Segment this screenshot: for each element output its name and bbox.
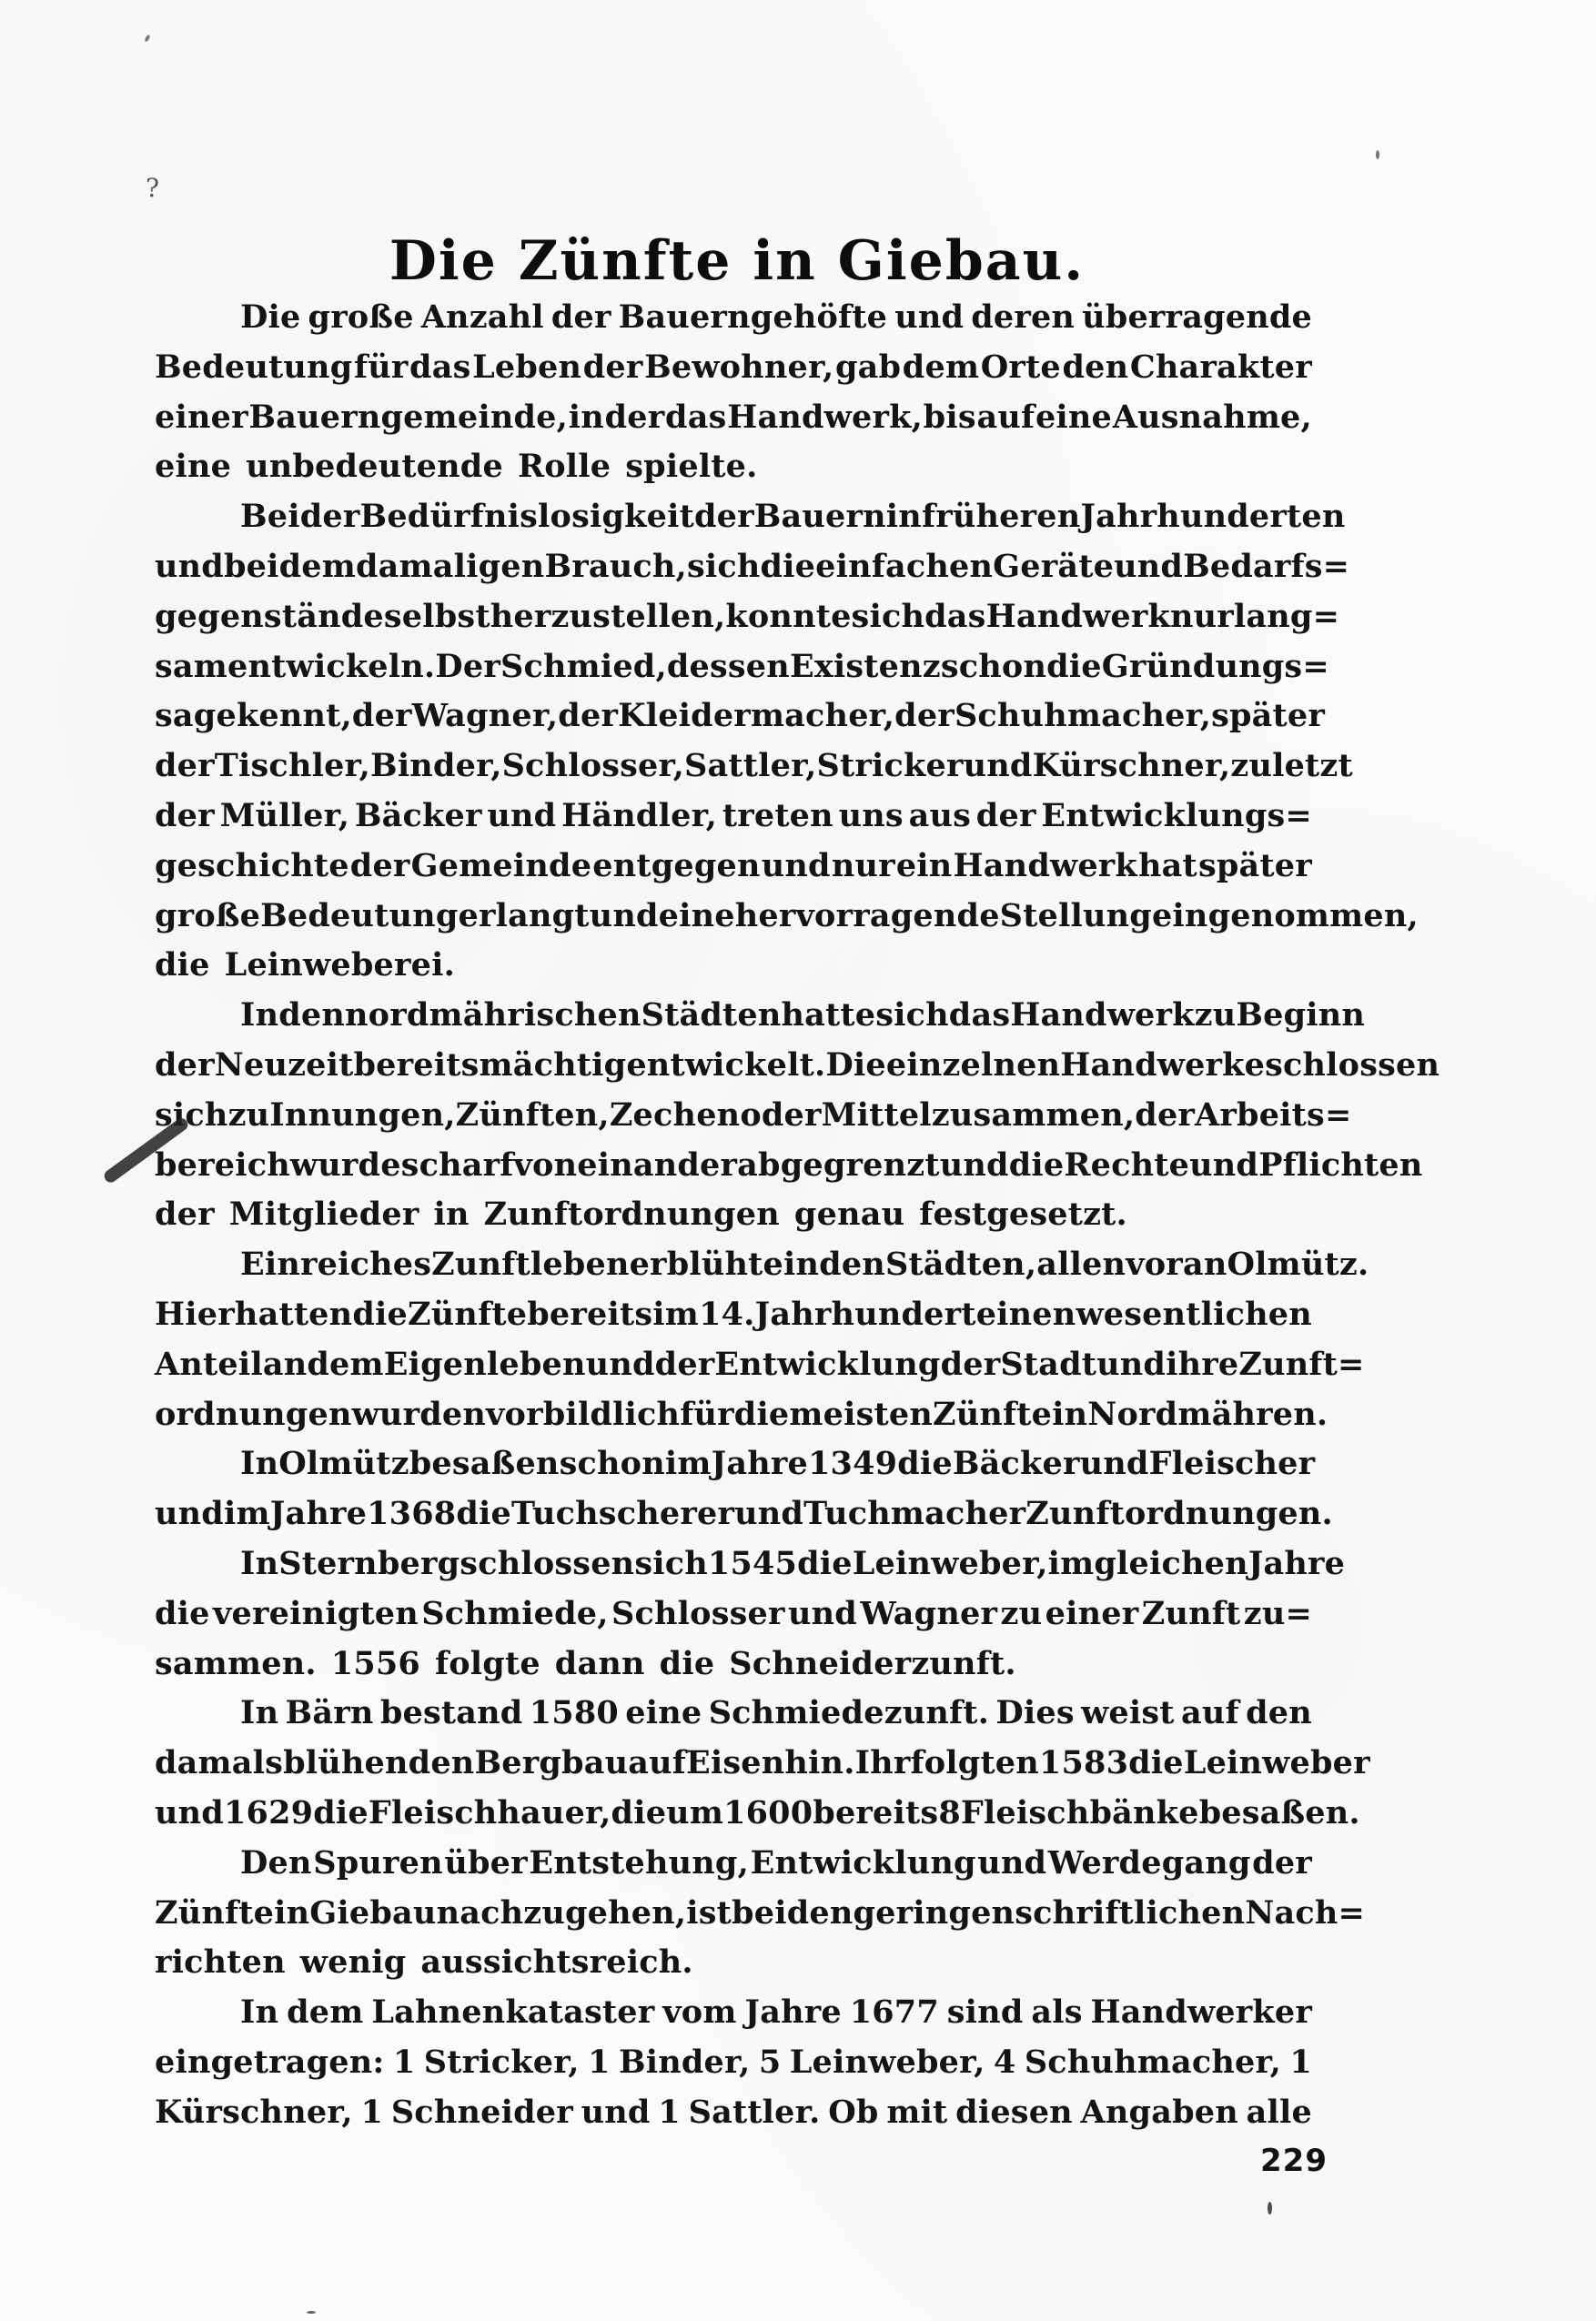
word: 1677 — [850, 1988, 939, 2038]
word: Gründungs= — [1102, 642, 1329, 692]
word: schon — [560, 1439, 665, 1489]
word: 1 — [361, 2088, 384, 2138]
word: den — [1246, 1689, 1312, 1739]
word: die — [1009, 1141, 1065, 1191]
word: Spuren — [313, 1839, 443, 1889]
word: Tuchscherer — [511, 1489, 734, 1539]
word: die — [1046, 642, 1102, 692]
word: Nach= — [1245, 1889, 1365, 1939]
text-line: damalsblühendenBergbauaufEisenhin.Ihrfol… — [155, 1739, 1312, 1789]
word: In — [240, 1539, 278, 1589]
page-number: 229 — [1260, 2143, 1328, 2179]
word: um — [666, 1789, 723, 1839]
scan-speck — [144, 35, 150, 43]
word: der — [976, 792, 1036, 842]
word: in — [1052, 1390, 1087, 1440]
word: überragende — [1082, 293, 1312, 343]
word: festgesetzt. — [919, 1190, 1127, 1240]
margin-question-mark: ? — [146, 173, 159, 203]
word: Bärn — [286, 1689, 374, 1739]
word: eingetragen: — [155, 2038, 385, 2088]
word: dem — [903, 343, 979, 393]
word: Bauerngehöfte — [619, 293, 888, 343]
word: Zünften, — [456, 1091, 610, 1141]
text-line: samentwickeln.DerSchmied,dessenExistenzs… — [155, 642, 1312, 692]
word: 14. — [699, 1290, 755, 1340]
word: Eigenleben — [384, 1340, 586, 1390]
text-line: ordnungenwurdenvorbildlichfürdiemeistenZ… — [155, 1390, 1312, 1440]
text-line: undimJahre1368dieTuchschererundTuchmache… — [155, 1489, 1312, 1539]
word: Entwicklungs= — [1041, 792, 1312, 842]
word: und — [788, 1589, 857, 1640]
word: Leinweberei. — [225, 941, 455, 991]
word: an — [263, 1340, 308, 1390]
word: und — [894, 293, 964, 343]
word: Zunftleben — [431, 1240, 629, 1290]
word: vorbildlich — [486, 1390, 680, 1440]
word: allen — [1036, 1240, 1126, 1290]
word: und — [964, 742, 1033, 792]
word: Beginn — [1236, 991, 1365, 1041]
word: Schlosser, — [502, 742, 684, 792]
word: sich — [875, 991, 949, 1041]
text-line: sagekennt,derWagner,derKleidermacher,der… — [155, 691, 1312, 742]
text-line: sammen.1556folgtedanndieSchneiderzunft. — [155, 1640, 1312, 1690]
word: Rolle — [518, 442, 611, 492]
word: Olmütz — [278, 1439, 409, 1489]
word: für — [354, 343, 409, 393]
word: erblühte — [630, 1240, 783, 1290]
word: Eisen — [686, 1739, 784, 1789]
word: Innungen, — [269, 1091, 455, 1141]
word: Zunft — [1142, 1589, 1241, 1640]
word: Bewohner, — [644, 343, 833, 393]
word: schlossen — [460, 1539, 634, 1589]
word: im — [652, 1290, 699, 1340]
word: Wagner — [860, 1589, 997, 1640]
word: gab — [835, 343, 901, 393]
word: einzelnen — [886, 1041, 1060, 1091]
word: Leben — [472, 343, 581, 393]
word: ihre — [1166, 1340, 1238, 1390]
word: wurden — [352, 1390, 486, 1440]
word: Angaben — [1081, 2088, 1238, 2138]
scan-speck — [307, 2311, 316, 2314]
word: im — [665, 1439, 712, 1489]
word: Schmied, — [500, 642, 667, 692]
text-line: BedeutungfürdasLebenderBewohner,gabdemOr… — [155, 343, 1312, 393]
word: Leinweber, — [790, 2038, 985, 2088]
word: Schneider — [391, 2088, 573, 2138]
word: und — [155, 1789, 224, 1839]
word: oder — [740, 1091, 821, 1141]
word: sage — [155, 691, 237, 742]
word: in — [274, 1889, 309, 1939]
word: Ihr — [855, 1739, 911, 1789]
word: 1556 — [331, 1640, 420, 1690]
word: und — [734, 1489, 803, 1539]
word: Zechen — [610, 1091, 741, 1141]
word: 1629 — [224, 1789, 313, 1839]
word: Pflichten — [1258, 1141, 1422, 1191]
page-title: Die Zünfte in Giebau. — [0, 229, 1474, 293]
word: Stricker — [817, 742, 964, 792]
word: besaßen. — [1199, 1789, 1360, 1839]
word: Neuzeit — [215, 1041, 354, 1091]
word: der — [894, 691, 955, 742]
word: der — [350, 842, 410, 892]
word: scharf — [401, 1141, 514, 1191]
word: herzustellen, — [490, 592, 726, 642]
word: dem — [287, 1988, 363, 2038]
word: 1600 — [723, 1789, 813, 1839]
word: Händler, — [561, 792, 717, 842]
word: der — [941, 1340, 1001, 1390]
word: Orte — [981, 343, 1061, 393]
word: dessen — [667, 642, 790, 692]
word: dann — [555, 1640, 645, 1690]
word: Schmiedezunft. — [709, 1689, 989, 1739]
word: treten — [722, 792, 833, 842]
word: Anteil — [155, 1340, 263, 1390]
word: der — [155, 1041, 215, 1091]
word: dem — [279, 542, 356, 592]
text-line: InBärnbestand1580eineSchmiedezunft.Diesw… — [155, 1689, 1312, 1739]
word: konnte — [725, 592, 851, 642]
word: in — [783, 1240, 819, 1290]
word: das — [665, 393, 726, 443]
word: Jahrhundert — [755, 1290, 976, 1340]
text-line: BeiderBedürfnislosigkeitderBauerninfrühe… — [155, 492, 1312, 542]
word: der — [155, 742, 215, 792]
word: Anzahl — [421, 293, 544, 343]
word: nachzugehen, — [437, 1889, 687, 1939]
word: 4 — [994, 2038, 1016, 2088]
word: und — [762, 842, 831, 892]
word: Schlosser — [611, 1589, 785, 1640]
word: Mittel — [822, 1091, 932, 1141]
word: der — [583, 343, 643, 393]
word: In — [240, 1988, 278, 2038]
word: den — [787, 1889, 854, 1939]
word: Fleischer — [1149, 1439, 1316, 1489]
word: große — [308, 293, 414, 343]
word: hat — [1138, 842, 1197, 892]
word: auf — [1181, 1689, 1239, 1739]
word: alle — [1247, 2088, 1312, 2138]
word: geschichte — [155, 842, 349, 892]
word: Nordmähren. — [1087, 1390, 1328, 1440]
text-line: InSternbergschlossensich1545dieLeinweber… — [155, 1539, 1312, 1589]
word: Jahre — [744, 1988, 841, 2038]
text-line: EinreichesZunftlebenerblühteindenStädten… — [155, 1240, 1312, 1290]
word: Müller, — [220, 792, 350, 842]
word: der — [155, 792, 215, 842]
word: bei — [732, 1889, 787, 1939]
word: hervorragende — [735, 892, 1000, 942]
word: Leinweber, — [853, 1539, 1048, 1589]
word: ist — [686, 1889, 732, 1939]
word: die — [734, 1390, 790, 1440]
word: Bedürfnislosigkeit — [360, 492, 694, 542]
word: 1 — [1289, 2038, 1312, 2088]
word: Bedarfs= — [1183, 542, 1349, 592]
word: schon — [941, 642, 1046, 692]
word: und — [155, 542, 224, 592]
word: Sattler. — [689, 2088, 821, 2138]
word: nur — [832, 842, 895, 892]
word: Bauerngemeinde, — [248, 393, 568, 443]
word: der — [551, 293, 611, 343]
word: Bauern — [754, 492, 886, 542]
word: Zünfte — [933, 1390, 1052, 1440]
word: bei — [224, 542, 279, 592]
word: Stellung — [1000, 892, 1152, 942]
word: Jahre — [270, 1489, 367, 1539]
word: Handwerke — [1060, 1041, 1265, 1091]
word: aussichtsreich. — [420, 1938, 692, 1988]
word: Geräte — [993, 542, 1114, 592]
word: und — [590, 892, 659, 942]
word: 1583 — [1039, 1739, 1128, 1789]
word: der — [300, 492, 360, 542]
word: im — [1048, 1539, 1095, 1589]
word: zu — [1001, 1589, 1043, 1640]
text-line: HierhattendieZünftebereitsim14.Jahrhunde… — [155, 1290, 1312, 1340]
text-line: DenSpurenüberEntstehung,EntwicklungundWe… — [155, 1839, 1312, 1889]
word: die — [761, 542, 816, 592]
word: wenig — [300, 1938, 407, 1988]
text-line: dieLeinweberei. — [155, 941, 1312, 991]
text-line: richtenwenigaussichtsreich. — [155, 1938, 1312, 1988]
word: schlossen — [1265, 1041, 1439, 1091]
word: 1 — [658, 2088, 681, 2138]
scanned-page: ? Die Zünfte in Giebau. DiegroßeAnzahlde… — [0, 0, 1596, 2321]
scan-speck — [1268, 2202, 1272, 2215]
text-line: derTischler,Binder,Schlosser,Sattler,Str… — [155, 742, 1312, 792]
word: Der — [435, 642, 500, 692]
word: Kürschner, — [155, 2088, 353, 2138]
word: diesen — [955, 2088, 1073, 2138]
word: Entwicklung — [714, 1340, 940, 1390]
word: und — [1096, 1340, 1166, 1390]
word: Die — [240, 293, 301, 343]
word: Tischler, — [215, 742, 370, 792]
word: die — [1128, 1739, 1184, 1789]
word: eine — [1035, 393, 1112, 443]
word: Giebau — [309, 1889, 436, 1939]
word: auf — [976, 393, 1035, 443]
word: Kleidermacher, — [618, 691, 894, 742]
word: entwickeln. — [227, 642, 435, 692]
word: Bedeutung — [260, 892, 458, 942]
word: den — [1062, 343, 1128, 393]
word: über — [444, 1839, 527, 1889]
word: in — [886, 492, 922, 542]
word: wurde — [290, 1141, 401, 1191]
text-line: Kürschner,1Schneiderund1Sattler.Obmitdie… — [155, 2088, 1312, 2138]
word: die — [897, 1439, 953, 1489]
word: voneinander — [514, 1141, 738, 1191]
word: Bedeutung — [155, 343, 352, 393]
word: Sternberg — [278, 1539, 460, 1589]
word: Wagner, — [412, 691, 559, 742]
word: Ein — [240, 1240, 300, 1290]
word: der — [694, 492, 754, 542]
scan-speck — [1376, 150, 1379, 159]
text-line: derMüller,BäckerundHändler,tretenunsausd… — [155, 792, 1312, 842]
word: den — [278, 991, 345, 1041]
word: 1580 — [530, 1689, 619, 1739]
word: Schuhmacher, — [955, 691, 1211, 742]
word: hatten — [235, 1290, 352, 1340]
word: wesentlichen — [1076, 1290, 1311, 1340]
word: dem — [307, 1340, 383, 1390]
word: ordnungen — [155, 1390, 352, 1440]
word: 5 — [759, 2038, 782, 2088]
word: sich — [852, 592, 925, 642]
word: In — [240, 1439, 278, 1489]
text-line: IndennordmährischenStädtenhattesichdasHa… — [155, 991, 1312, 1041]
word: abgegrenzt — [737, 1141, 940, 1191]
word: Fleischhauer, — [369, 1789, 611, 1839]
word: Handwerk — [986, 592, 1170, 642]
word: sich — [687, 542, 761, 592]
word: der — [605, 393, 665, 443]
word: die — [155, 941, 210, 991]
word: In — [240, 991, 278, 1041]
word: Rechte — [1064, 1141, 1189, 1191]
word: folgten — [910, 1739, 1038, 1789]
word: Kürschner, — [1033, 742, 1231, 792]
word: die — [611, 1789, 667, 1839]
word: zu — [228, 1091, 270, 1141]
word: Hier — [155, 1290, 235, 1340]
word: erlangt — [459, 892, 590, 942]
word: Entwicklung — [751, 1839, 976, 1889]
word: besaßen — [409, 1439, 560, 1489]
word: zu= — [1244, 1589, 1312, 1640]
word: und — [487, 792, 556, 842]
word: später — [1198, 842, 1312, 892]
word: Dies — [995, 1689, 1074, 1739]
word: im — [224, 1489, 270, 1539]
word: Lahnenkataster — [371, 1988, 654, 2038]
word: weist — [1081, 1689, 1175, 1739]
word: 1368 — [367, 1489, 456, 1539]
word: Werdegang — [1048, 1839, 1251, 1889]
word: bestand — [380, 1689, 523, 1739]
word: genau — [794, 1190, 904, 1240]
word: folgte — [435, 1640, 540, 1690]
word: in — [569, 393, 604, 443]
word: Binder, — [370, 742, 502, 792]
word: deren — [971, 293, 1075, 343]
word: Bäcker — [953, 1439, 1080, 1489]
word: blühenden — [283, 1739, 474, 1789]
word: 1349 — [808, 1439, 897, 1489]
word: Mitglieder — [229, 1190, 419, 1240]
word: das — [949, 991, 1010, 1041]
word: nur — [1170, 592, 1234, 642]
word: der — [155, 1190, 215, 1240]
word: Existenz — [790, 642, 941, 692]
word: Schneiderzunft. — [729, 1640, 1015, 1690]
word: und — [581, 2088, 651, 2138]
word: ein — [896, 842, 953, 892]
word: meisten — [789, 1390, 933, 1440]
word: damaligen — [356, 542, 544, 592]
word: die — [352, 1290, 408, 1340]
word: auf — [628, 1739, 686, 1789]
word: und — [977, 1839, 1046, 1889]
word: schriftlichen — [1015, 1889, 1245, 1939]
word: sammen. — [155, 1640, 317, 1690]
word: Zunftordnungen. — [1025, 1489, 1333, 1539]
text-line: undbeidemdamaligenBrauch,sichdieeinfache… — [155, 542, 1312, 592]
word: zuletzt — [1230, 742, 1353, 792]
word: Handwerk, — [727, 393, 923, 443]
word: Zünfte — [155, 1889, 274, 1939]
word: Zunft= — [1238, 1340, 1364, 1390]
word: Städten — [641, 991, 782, 1041]
word: eine — [155, 442, 231, 492]
word: vereinigten — [213, 1589, 419, 1640]
word: voran — [1126, 1240, 1227, 1290]
word: Tuchmacher — [803, 1489, 1025, 1539]
word: früheren — [922, 492, 1080, 542]
body-text: DiegroßeAnzahlderBauerngehöfteundderenüb… — [155, 293, 1312, 2137]
word: Städten, — [885, 1240, 1036, 1290]
word: 1545 — [708, 1539, 797, 1589]
word: Bäcker — [355, 792, 482, 842]
word: der — [1252, 1839, 1312, 1889]
word: sind — [947, 1988, 1024, 2038]
word: uns — [839, 792, 904, 842]
word: selbst — [384, 592, 490, 642]
word: Bei — [240, 492, 300, 542]
text-line: sichzuInnungen,Zünften,ZechenoderMittelz… — [155, 1091, 1312, 1141]
word: einer — [1045, 1589, 1139, 1640]
word: Leinweber — [1184, 1739, 1370, 1789]
word: bereits — [354, 1041, 480, 1091]
text-line: und1629dieFleischhauer,dieum1600bereits8… — [155, 1789, 1312, 1839]
word: mit — [886, 2088, 947, 2138]
text-line: bereichwurdescharfvoneinanderabgegrenztu… — [155, 1141, 1312, 1191]
word: die — [797, 1539, 853, 1589]
word: der — [1135, 1091, 1195, 1141]
word: Jahre — [712, 1439, 808, 1489]
word: vom — [662, 1988, 736, 2038]
word: und — [155, 1489, 224, 1539]
word: Fleischbänke — [961, 1789, 1199, 1839]
text-line: IndemLahnenkatastervomJahre1677sindalsHa… — [155, 1988, 1312, 2038]
word: das — [924, 592, 985, 642]
word: Brauch, — [544, 542, 687, 592]
word: sam — [155, 642, 227, 692]
word: Handwerk — [954, 842, 1137, 892]
text-line: derMitgliederinZunftordnungengenaufestge… — [155, 1190, 1312, 1240]
word: und — [940, 1141, 1009, 1191]
word: einfachen — [815, 542, 993, 592]
word: Schmiede, — [421, 1589, 608, 1640]
text-line: gegenständeselbstherzustellen,konntesich… — [155, 592, 1312, 642]
word: einen — [976, 1290, 1076, 1340]
word: In — [240, 1689, 278, 1739]
word: kennt, — [237, 691, 352, 742]
word: den — [819, 1240, 885, 1290]
word: später — [1211, 691, 1325, 742]
